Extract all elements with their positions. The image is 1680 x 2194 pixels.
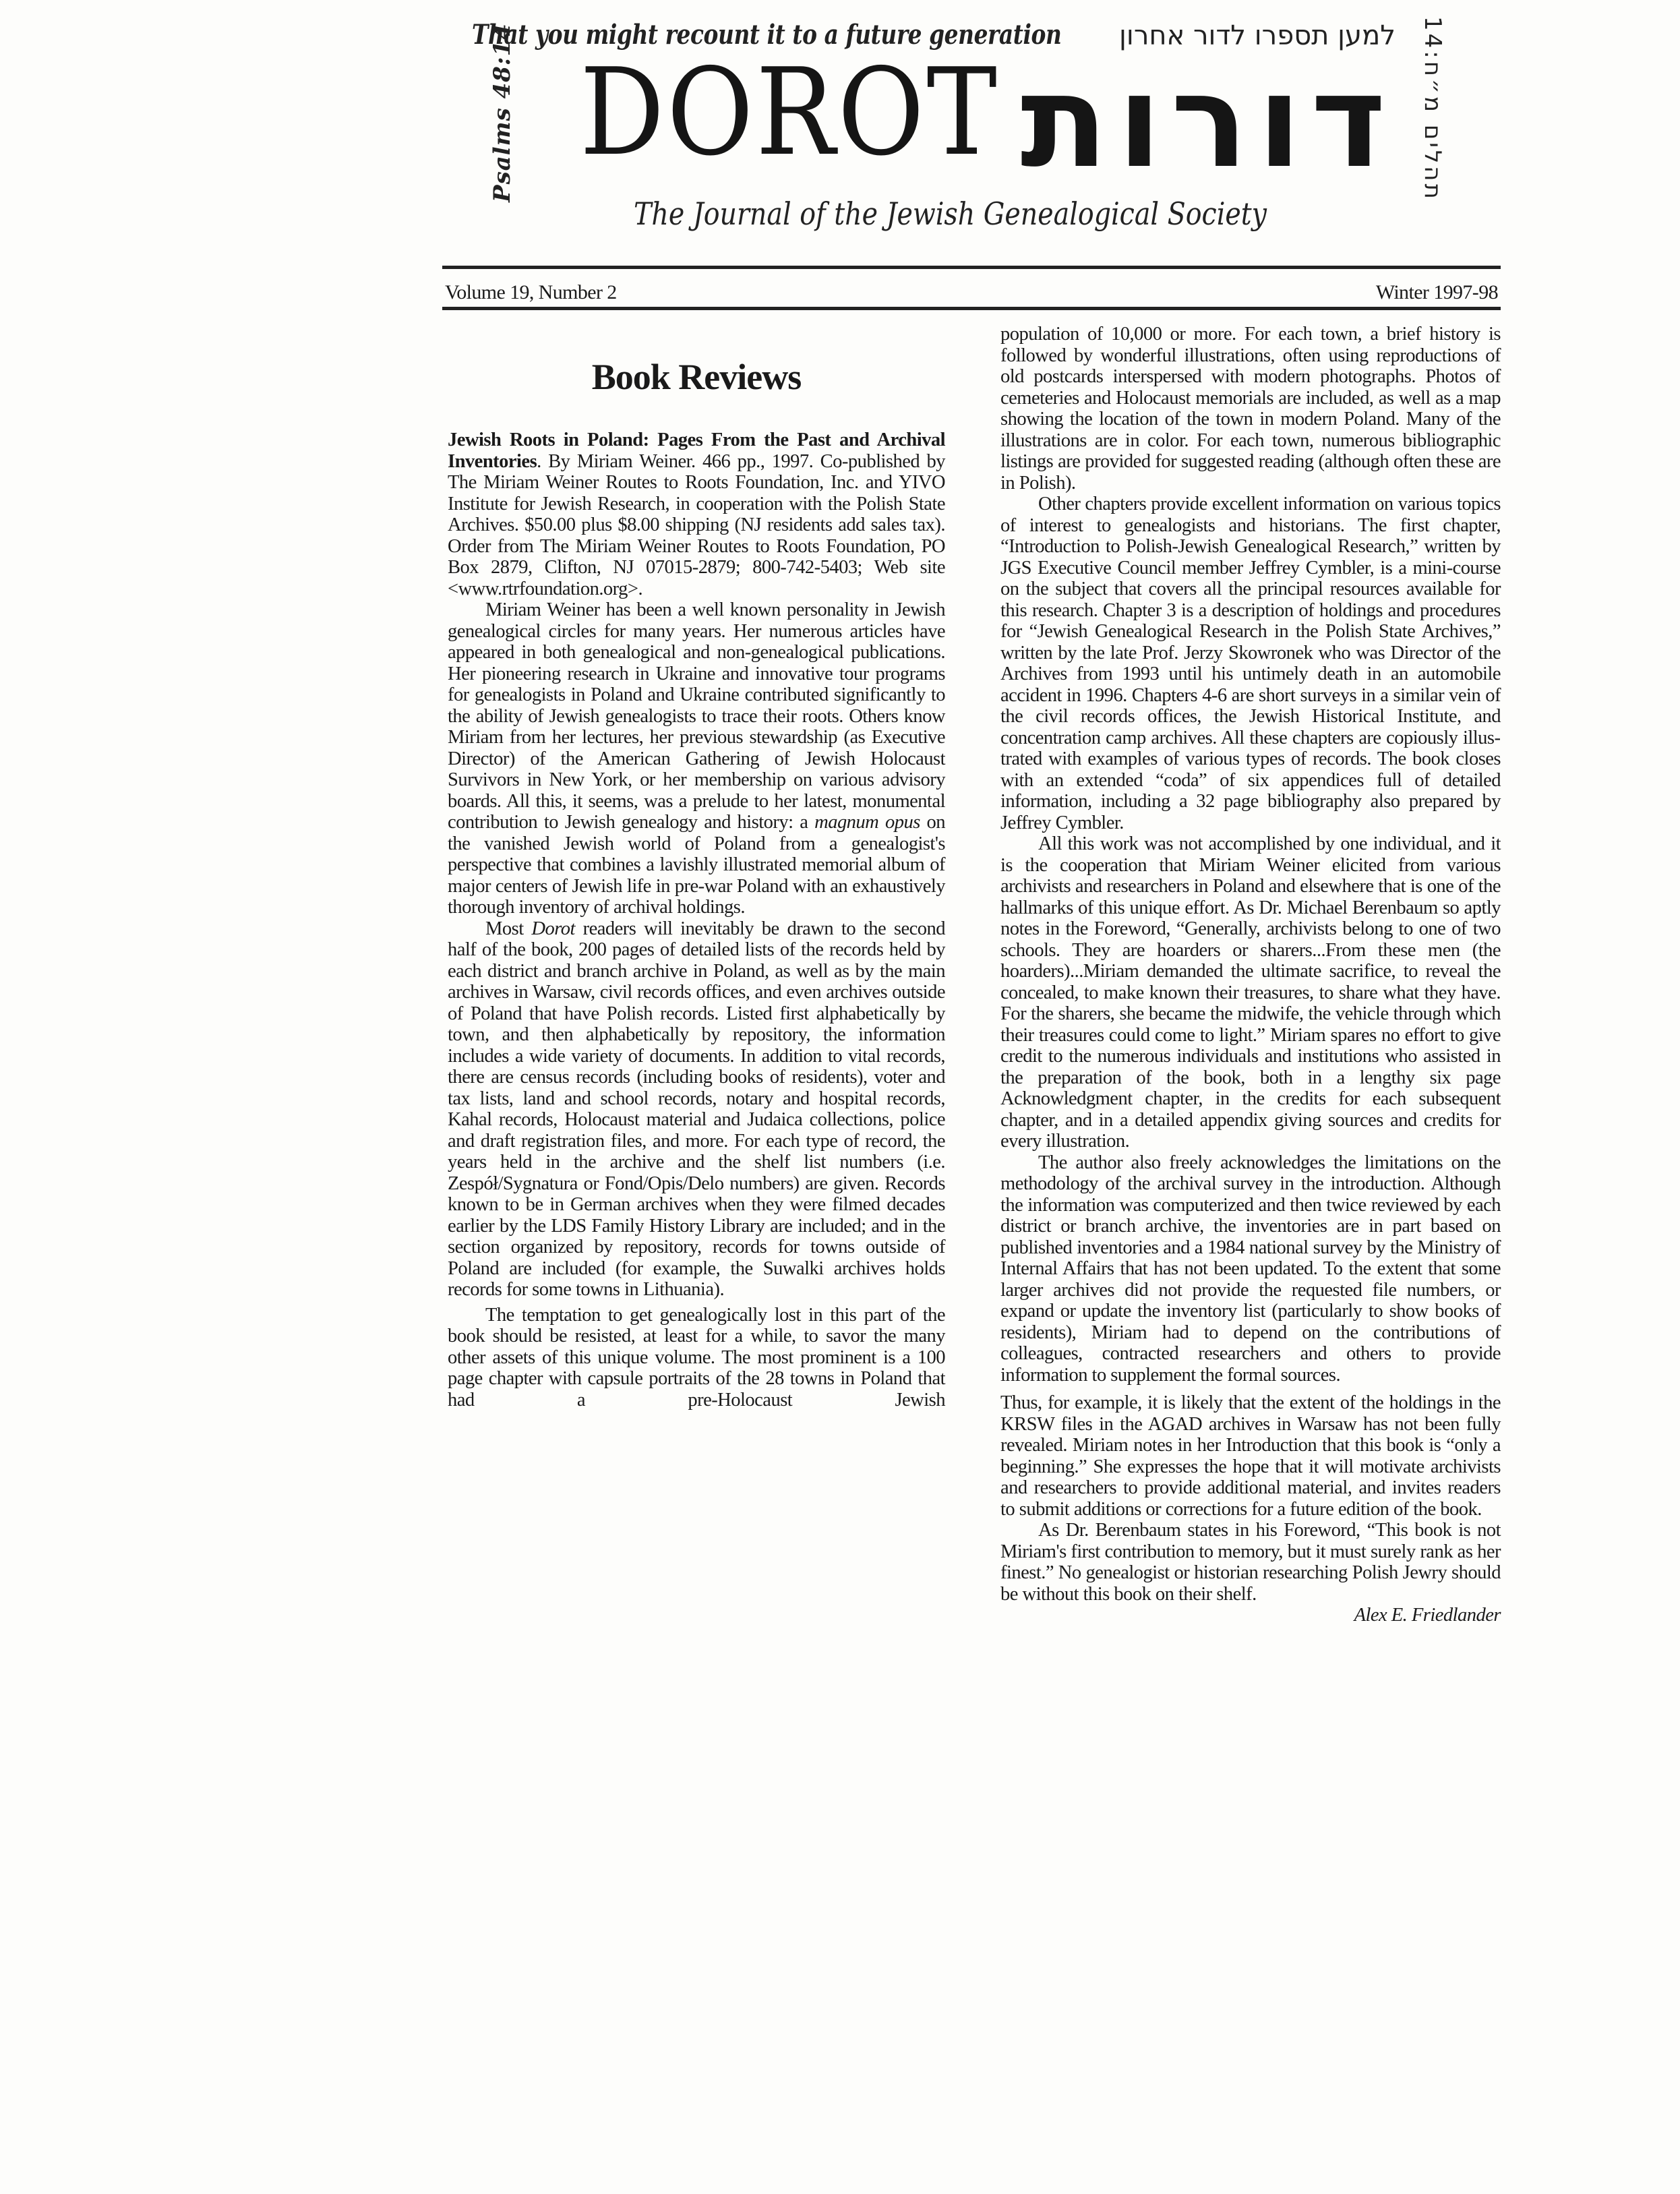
masthead-verse-english: Psalms 48:14 [489,23,516,202]
paragraph: Miriam Weiner has been a well known pers… [448,599,945,918]
paragraph: The author also freely acknowledges the … [1000,1152,1501,1386]
paragraph: As Dr. Berenbaum states in his Foreword,… [1000,1520,1501,1605]
paragraph: Other chapters provide excellent informa… [1000,494,1501,833]
paragraph: All this work was not accomplished by on… [1000,833,1501,1152]
masthead-title-english: DOROT [580,53,999,173]
text-run: Most [485,918,531,939]
paragraph-continued: population of 10,000 or more. For each t… [1000,324,1501,494]
section-title: Book Reviews [448,357,945,397]
article-column-right: population of 10,000 or more. For each t… [1000,324,1501,1626]
header-rule-bottom [442,307,1501,310]
text-run: Miriam Weiner has been a well known pers… [448,599,945,833]
book-citation: Jewish Roots in Poland: Pages From the P… [448,429,945,599]
issue-season: Winter 1997-98 [1376,279,1498,306]
masthead-subtitle: The Journal of the Jewish Genealogical S… [634,196,1267,232]
masthead-title-hebrew: דורות [1031,58,1396,186]
article-column-left: Book Reviews Jewish Roots in Poland: Pag… [448,324,945,1411]
paragraph: Thus, for example, it is likely that the… [1000,1392,1501,1520]
paragraph: Most Dorot readers will inevitably be dr… [448,918,945,1301]
paragraph: The temptation to get genealogically los… [448,1305,945,1411]
issue-bar: Volume 19, Number 2 Winter 1997-98 [445,279,1498,306]
journal-name: Dorot [531,918,575,939]
emphasis: magnum opus [814,812,920,833]
header-rule-top [442,266,1501,269]
masthead-verse-hebrew: תהלים מ״ח:14 [1419,16,1446,202]
reviewer-byline: Alex E. Friedlander [1000,1605,1501,1626]
issue-volume: Volume 19, Number 2 [445,279,617,306]
book-details: . By Miriam Weiner. 466 pp., 1997. Co-pu… [448,451,945,599]
text-run: readers will inevitably be drawn to the … [448,918,945,1301]
